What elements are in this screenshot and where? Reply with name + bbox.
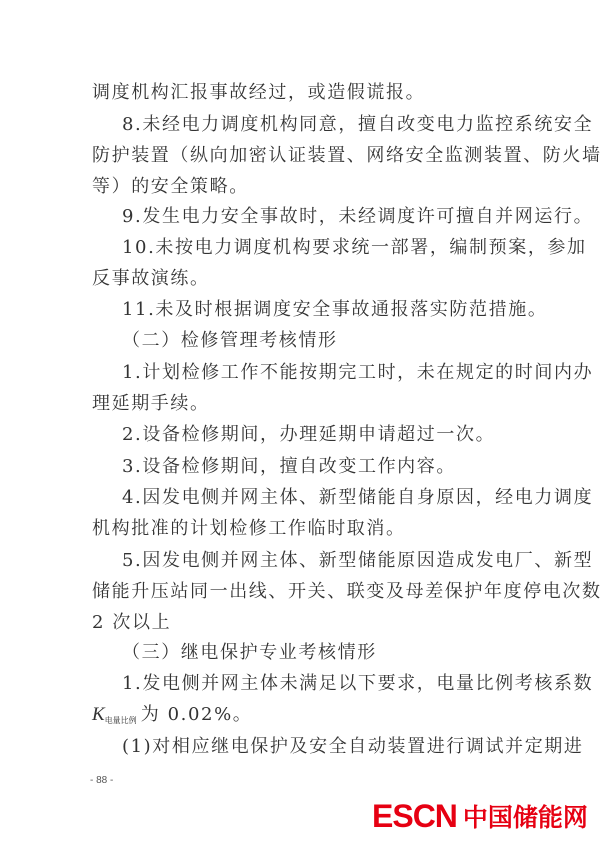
list-item-10: 10.未按电力调度机构要求统一部署，编制预案，参加 [122, 237, 514, 259]
list-item-1: 1.计划检修工作不能按期完工时，未在规定的时间内办 [122, 362, 514, 384]
coefficient-subscript: 电量比例 [105, 716, 137, 725]
list-item-11: 11.未及时根据调度安全事故通报落实防范措施。 [122, 299, 514, 321]
text-line: 储能升压站同一出线、开关、联变及母差保护年度停电次数 [92, 581, 514, 603]
escn-watermark-logo: ESCN 中国储能网 [372, 800, 588, 832]
section-heading-2: （二）检修管理考核情形 [122, 330, 544, 352]
text-line: 反事故演练。 [92, 268, 514, 290]
text-line: 调度机构汇报事故经过，或造假谎报。 [92, 82, 514, 104]
coefficient-symbol: K [92, 704, 105, 725]
list-item-1: 1.发电侧并网主体未满足以下要求，电量比例考核系数 [122, 673, 514, 695]
text-line: 等）的安全策略。 [92, 176, 514, 198]
list-item-3: 3.设备检修期间，擅自改变工作内容。 [122, 456, 514, 478]
list-item-4: 4.因发电侧并网主体、新型储能自身原因，经电力调度 [122, 487, 514, 509]
list-item-5: 5.因发电侧并网主体、新型储能原因造成发电厂、新型 [122, 550, 514, 572]
list-item-2: 2.设备检修期间，办理延期申请超过一次。 [122, 424, 514, 446]
text-line: 2 次以上 [92, 612, 514, 634]
text-line: 理延期手续。 [92, 393, 514, 415]
coefficient-value: 为 0.02%。 [141, 704, 253, 725]
sub-item-1: (1)对相应继电保护及安全自动装置进行调试并定期进 [122, 736, 514, 758]
list-item-9: 9.发生电力安全事故时，未经调度许可擅自并网运行。 [122, 206, 514, 228]
logo-cn-text: 中国储能网 [463, 798, 588, 834]
section-heading-3: （三）继电保护专业考核情形 [122, 642, 544, 664]
list-item-8: 8.未经电力调度机构同意，擅自改变电力监控系统安全 [122, 114, 514, 136]
text-line: 机构批准的计划检修工作临时取消。 [92, 518, 514, 540]
page-number: - 88 - [90, 775, 113, 786]
coefficient-line: K电量比例为 0.02%。 [92, 704, 514, 732]
logo-en-text: ESCN [372, 798, 457, 835]
text-line: 防护装置（纵向加密认证装置、网络安全监测装置、防火墙 [92, 145, 514, 167]
document-page: 调度机构汇报事故经过，或造假谎报。 8.未经电力调度机构同意，擅自改变电力监控系… [0, 0, 600, 848]
